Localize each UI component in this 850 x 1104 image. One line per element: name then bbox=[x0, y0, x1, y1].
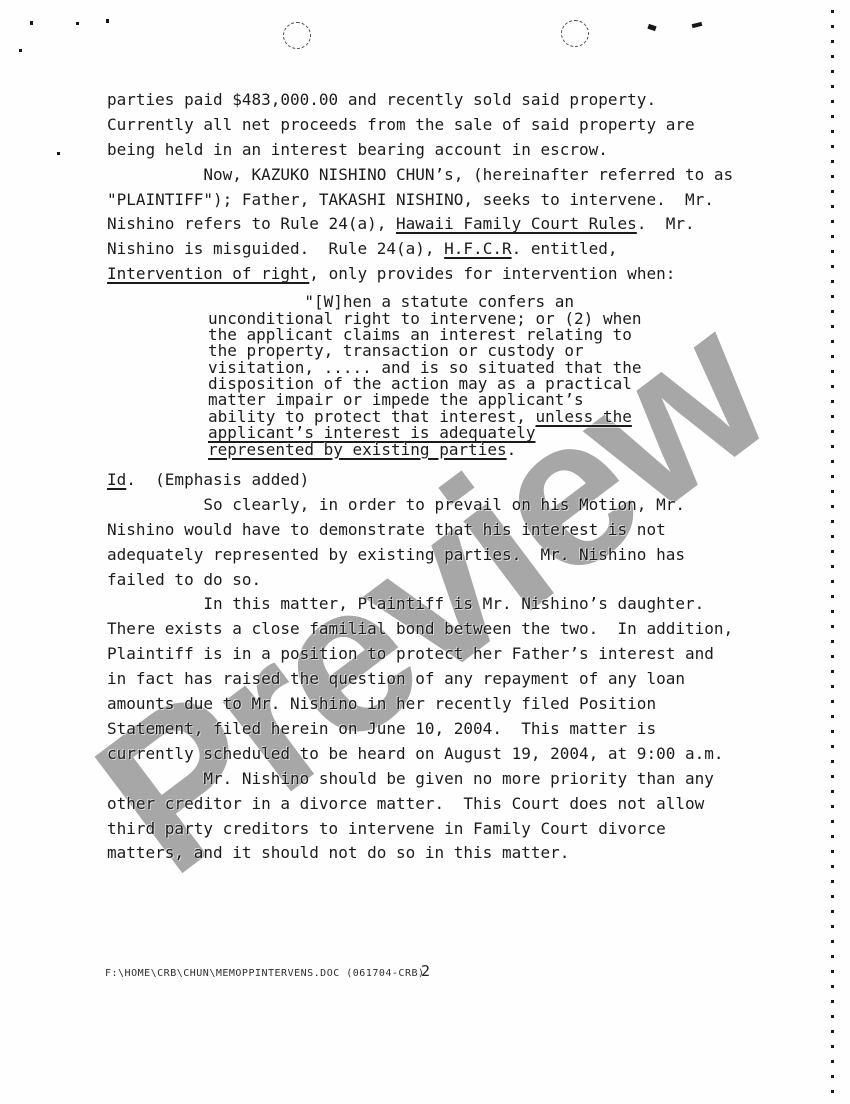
body-line: Now, KAZUKO NISHINO CHUN’s, (hereinafter… bbox=[107, 163, 787, 188]
text-segment: . bbox=[507, 440, 517, 459]
body-line: So clearly, in order to prevail on his M… bbox=[107, 493, 787, 518]
body-line: Intervention of right, only provides for… bbox=[107, 262, 787, 287]
text-segment: . (Emphasis added) bbox=[126, 470, 309, 489]
scan-speck bbox=[76, 22, 79, 25]
body-line: Nishino is misguided. Rule 24(a), H.F.C.… bbox=[107, 237, 787, 262]
body-line: being held in an interest bearing accoun… bbox=[107, 138, 787, 163]
underlined-text: H.F.C.R bbox=[444, 239, 511, 258]
underlined-text: Id bbox=[107, 470, 126, 489]
text-segment: parties paid $483,000.00 and recently so… bbox=[107, 90, 656, 109]
text-segment: currently scheduled to be heard on Augus… bbox=[107, 744, 724, 763]
text-segment: So clearly, in order to prevail on his M… bbox=[107, 495, 685, 514]
body-line: other creditor in a divorce matter. This… bbox=[107, 792, 787, 817]
text-segment: Now, KAZUKO NISHINO CHUN’s, (hereinafter… bbox=[107, 165, 733, 184]
body-line: Mr. Nishino should be given no more prio… bbox=[107, 767, 787, 792]
scanned-document-page: Preview parties paid $483,000.00 and rec… bbox=[0, 0, 850, 1104]
text-segment: There exists a close familial bond betwe… bbox=[107, 619, 733, 638]
text-segment: Nishino is misguided. Rule 24(a), bbox=[107, 239, 444, 258]
scan-speck bbox=[30, 21, 33, 25]
underlined-text: represented by existing parties bbox=[208, 440, 507, 459]
text-segment: other creditor in a divorce matter. This… bbox=[107, 794, 704, 813]
body-line: amounts due to Mr. Nishino in her recent… bbox=[107, 692, 787, 717]
text-segment: Currently all net proceeds from the sale… bbox=[107, 115, 695, 134]
body-line: parties paid $483,000.00 and recently so… bbox=[107, 88, 787, 113]
text-segment: "PLAINTIFF"); Father, TAKASHI NISHINO, s… bbox=[107, 190, 714, 209]
text-segment: In this matter, Plaintiff is Mr. Nishino… bbox=[107, 594, 704, 613]
body-line: Id. (Emphasis added) bbox=[107, 468, 787, 493]
text-segment: , only provides for intervention when: bbox=[309, 264, 675, 283]
text-segment: adequately represented by existing parti… bbox=[107, 545, 685, 564]
text-segment: in fact has raised the question of any r… bbox=[107, 669, 685, 688]
text-segment: Nishino refers to Rule 24(a), bbox=[107, 214, 396, 233]
body-line: In this matter, Plaintiff is Mr. Nishino… bbox=[107, 592, 787, 617]
body-line: Currently all net proceeds from the sale… bbox=[107, 113, 787, 138]
hole-punch-left-icon bbox=[283, 22, 311, 49]
text-segment: amounts due to Mr. Nishino in her recent… bbox=[107, 694, 656, 713]
text-segment: failed to do so. bbox=[107, 570, 261, 589]
body-line: Nishino would have to demonstrate that h… bbox=[107, 518, 787, 543]
text-segment: third party creditors to intervene in Fa… bbox=[107, 819, 666, 838]
text-segment: . entitled, bbox=[512, 239, 618, 258]
body-line: "PLAINTIFF"); Father, TAKASHI NISHINO, s… bbox=[107, 188, 787, 213]
scan-speck bbox=[57, 152, 60, 155]
text-segment: Mr. Nishino should be given no more prio… bbox=[107, 769, 714, 788]
body-line: Plaintiff is in a position to protect he… bbox=[107, 642, 787, 667]
page-number: 2 bbox=[421, 962, 430, 980]
underlined-text: Intervention of right bbox=[107, 264, 309, 283]
text-segment: Plaintiff is in a position to protect he… bbox=[107, 644, 714, 663]
body-line: There exists a close familial bond betwe… bbox=[107, 617, 787, 642]
scan-edge-artifact bbox=[831, 10, 834, 1095]
scan-speck bbox=[19, 49, 22, 52]
text-segment: matters, and it should not do so in this… bbox=[107, 843, 569, 862]
hole-punch-right-icon bbox=[561, 20, 589, 47]
scan-speck bbox=[106, 19, 109, 23]
text-segment: being held in an interest bearing accoun… bbox=[107, 140, 608, 159]
scan-speck bbox=[647, 24, 656, 31]
body-line: failed to do so. bbox=[107, 568, 787, 593]
text-segment: . Mr. bbox=[637, 214, 695, 233]
body-line: third party creditors to intervene in Fa… bbox=[107, 817, 787, 842]
body-line: currently scheduled to be heard on Augus… bbox=[107, 742, 787, 767]
footer-file-path: F:\HOME\CRB\CHUN\MEMOPPINTERVENS.DOC (06… bbox=[105, 968, 425, 979]
underlined-text: Hawaii Family Court Rules bbox=[396, 214, 637, 233]
body-line: matters, and it should not do so in this… bbox=[107, 841, 787, 866]
body-line: Nishino refers to Rule 24(a), Hawaii Fam… bbox=[107, 212, 787, 237]
body-line: Statement, filed herein on June 10, 2004… bbox=[107, 717, 787, 742]
document-lines: parties paid $483,000.00 and recently so… bbox=[107, 88, 787, 866]
body-line: adequately represented by existing parti… bbox=[107, 543, 787, 568]
underlined-text: unless the bbox=[536, 407, 632, 426]
body-line: in fact has raised the question of any r… bbox=[107, 667, 787, 692]
text-segment: Nishino would have to demonstrate that h… bbox=[107, 520, 666, 539]
text-segment: Statement, filed herein on June 10, 2004… bbox=[107, 719, 656, 738]
scan-speck bbox=[692, 22, 703, 28]
blockquote-line: represented by existing parties. bbox=[208, 442, 787, 458]
